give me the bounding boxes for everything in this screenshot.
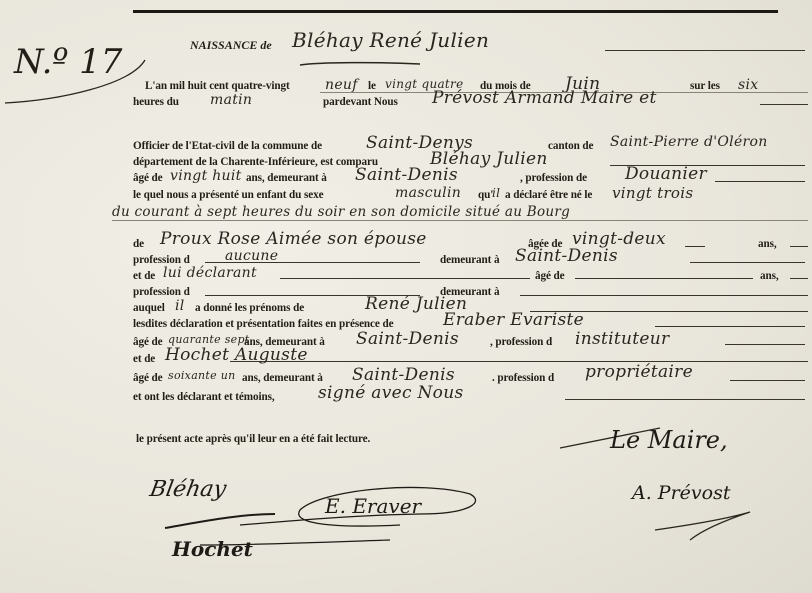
- hand-period: matin: [210, 92, 252, 108]
- hand-officer: Prévost Armand Maire et: [432, 88, 657, 108]
- hand-second-declarant: lui déclarant: [163, 265, 257, 281]
- text: le présent acte après qu'il leur en a ét…: [136, 433, 370, 445]
- text: qu': [478, 189, 493, 201]
- hand-witness1-res: Saint-Denis: [356, 329, 459, 349]
- child-name: Bléhay René Julien: [292, 28, 489, 52]
- title-label: NAISSANCE de: [190, 38, 272, 53]
- signature-witness2: Hochet: [172, 537, 253, 561]
- hand-father-age: vingt huit: [170, 168, 242, 184]
- hand-father-prof: Douanier: [625, 164, 707, 184]
- form-line: [760, 104, 808, 105]
- hand-signed: signé avec Nous: [318, 383, 463, 403]
- form-line: [230, 361, 808, 362]
- text: pardevant Nous: [323, 96, 398, 108]
- form-line: [790, 278, 808, 279]
- hand-birthday: vingt trois: [612, 184, 693, 202]
- form-line: [685, 246, 705, 247]
- text: . profession d: [492, 372, 554, 384]
- text: ans, demeurant à: [246, 172, 327, 184]
- text: Officier de l'Etat-civil de la commune d…: [133, 140, 322, 152]
- form-line: [690, 262, 805, 263]
- text: lesdites déclaration et présentation fai…: [133, 318, 393, 330]
- text: de: [133, 238, 144, 250]
- hand-witness2-res: Saint-Denis: [352, 365, 455, 385]
- text: âgé de: [133, 336, 163, 348]
- hand-father-res: Saint-Denis: [355, 165, 458, 185]
- hand-witness2-age: soixante un: [168, 369, 236, 382]
- form-line: [520, 295, 808, 296]
- hand-witness1: Eraber Evariste: [443, 310, 584, 330]
- form-line: [575, 278, 753, 279]
- hand-canton: Saint-Pierre d'Oléron: [610, 134, 768, 150]
- text: , profession d: [490, 336, 552, 348]
- form-line: [280, 278, 530, 279]
- form-line: [730, 380, 805, 381]
- text: département de la Charente-Inférieure, e…: [133, 156, 378, 168]
- text: L'an mil huit cent quatre-vingt: [145, 80, 290, 92]
- mayor-title: Le Maire,: [610, 426, 728, 454]
- text: ans,: [760, 270, 779, 282]
- hand-year: neuf: [325, 77, 358, 93]
- hand-birth-details: du courant à sept heures du soir en son …: [112, 204, 570, 220]
- form-line: [565, 399, 805, 400]
- hand-witness2-prof: propriétaire: [585, 362, 693, 382]
- text: a donné les prénoms de: [195, 302, 304, 314]
- text: demeurant à: [440, 254, 500, 266]
- title-line: [605, 50, 805, 51]
- hand-sex: masculin: [395, 185, 461, 201]
- text: âgé de: [535, 270, 565, 282]
- text: auquel: [133, 302, 165, 314]
- text: a déclaré être né le: [505, 189, 592, 201]
- text: ans,: [758, 238, 777, 250]
- text: heures du: [133, 96, 179, 108]
- hand-mother: Proux Rose Aimée son épouse: [160, 229, 427, 249]
- hand-pronoun: il: [492, 186, 500, 200]
- form-line: [112, 220, 808, 221]
- text: , profession de: [520, 172, 587, 184]
- text: le: [368, 80, 376, 92]
- text: et de: [133, 353, 155, 365]
- hand-mother-res: Saint-Denis: [515, 246, 618, 266]
- hand-pronoun-2: il: [175, 298, 185, 314]
- form-line: [725, 344, 805, 345]
- text: le quel nous a présenté un enfant du sex…: [133, 189, 323, 201]
- text: et de: [133, 270, 155, 282]
- form-line: [655, 326, 805, 327]
- text: âgé de: [133, 172, 163, 184]
- form-line: [715, 181, 805, 182]
- text: sur les: [690, 80, 720, 92]
- text: ans, demeurant à: [242, 372, 323, 384]
- text: profession d: [133, 286, 190, 298]
- form-line: [205, 262, 420, 263]
- hand-witness2: Hochet Auguste: [165, 345, 308, 365]
- signature-witness1: E. Eraver: [325, 494, 421, 518]
- signature-mayor: A. Prévost: [632, 482, 730, 504]
- hand-hour: six: [738, 77, 758, 93]
- text: et ont les déclarant et témoins,: [133, 391, 275, 403]
- text: canton de: [548, 140, 593, 152]
- form-line: [790, 246, 808, 247]
- text: âgé de: [133, 372, 163, 384]
- signature-father: Bléhay: [148, 477, 228, 502]
- hand-witness1-prof: instituteur: [575, 329, 669, 349]
